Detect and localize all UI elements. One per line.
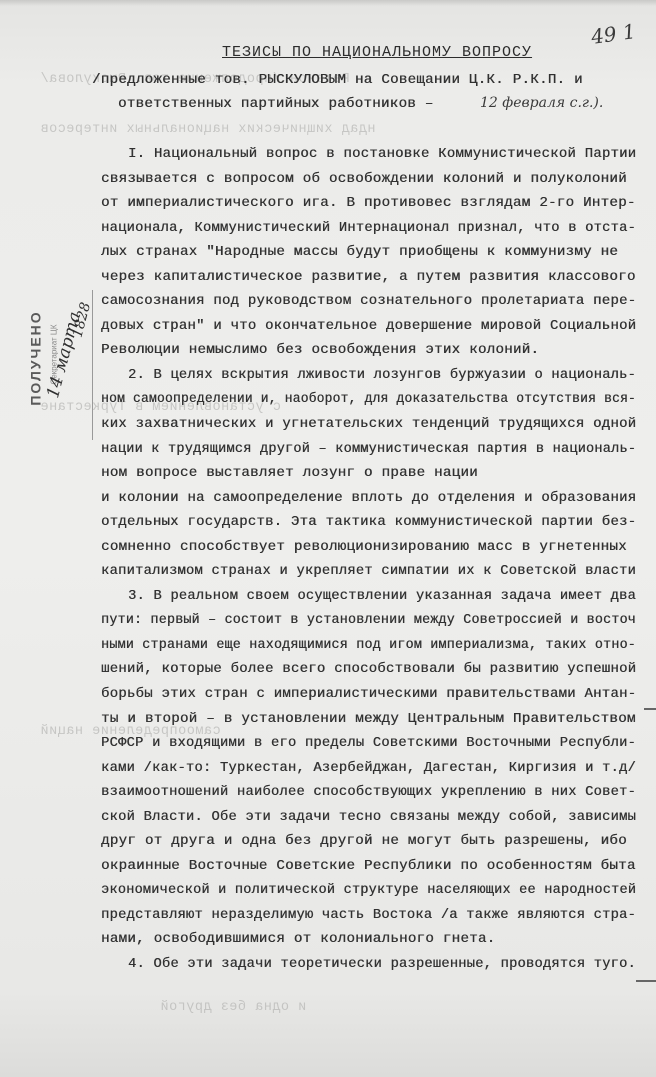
text-line: взаимоотношений наиболее способствующих … xyxy=(101,784,636,800)
text-line: нами, освободившимися от колониального г… xyxy=(101,931,495,947)
text-line: 4. Обе эти задачи теоретически разрешенн… xyxy=(128,956,636,972)
text-line: ких захватнических и угнетательских тенд… xyxy=(101,416,636,432)
text-line: 2. В целях вскрытия лживости лозунгов бу… xyxy=(128,367,636,383)
header-line: /предложенные тов. РЫСКУЛОВЫМ на Совещан… xyxy=(92,72,583,88)
handwritten-date: 12 февраля с.г.). xyxy=(480,95,603,111)
scanned-document-page: Ретанон /продолжение тов. Рыскулова/ нда… xyxy=(0,0,656,1077)
edge-mark xyxy=(644,708,656,710)
text-line: окраинные Восточные Советские Республики… xyxy=(101,858,636,874)
text-line: ской Власти. Обе эти задачи тесно связан… xyxy=(101,809,636,825)
text-line: довых стран" и что окончательное доверше… xyxy=(101,318,636,334)
text-line: борьбы этих стран с империалистическими … xyxy=(101,686,636,702)
text-line: ными странами еще находящимися под игом … xyxy=(101,637,636,653)
text-line: связывается с вопросом об освобождении к… xyxy=(101,171,627,187)
text-line: пути: первый – состоит в установлении ме… xyxy=(101,612,636,628)
stamp-label: ПОЛУЧЕНО xyxy=(28,310,44,405)
text-line: ками /как-то: Туркестан, Азербейджан, Да… xyxy=(101,760,636,776)
folio-number: 49 1 xyxy=(590,19,637,49)
text-line: друг от друга и одна без другой не могут… xyxy=(101,833,627,849)
text-line: нации к трудящимся другой – коммунистиче… xyxy=(101,441,636,457)
edge-mark xyxy=(636,980,656,982)
text-line: от империалистического ига. В противовес… xyxy=(101,195,636,211)
bleed-through-text: и одна без другой xyxy=(160,1000,306,1015)
text-line: экономической и политической структуре н… xyxy=(101,882,636,898)
text-line: сомненно способствует революционизирован… xyxy=(101,539,627,555)
text-line: представляют неразделимую часть Востока … xyxy=(101,907,636,923)
bleed-through-text: ндад хищнических национальных интересов xyxy=(40,122,375,137)
text-line: I. Национальный вопрос в постановке Комм… xyxy=(128,146,636,162)
text-line: лых странах "Народные массы будут приобщ… xyxy=(101,244,618,260)
header-line: ответственных партийных работников – xyxy=(118,96,434,112)
text-line: отдельных государств. Эта тактика коммун… xyxy=(101,514,636,530)
text-line: самосознания под руководством сознательн… xyxy=(101,293,636,309)
text-line: капитализмом странах и укрепляет симпати… xyxy=(101,563,636,579)
text-line: шений, которые более всего способствовал… xyxy=(101,661,636,677)
received-stamp: ПОЛУЧЕНО Секретариат ЦК 14 марта 1828 xyxy=(18,290,93,440)
text-line: через капиталистическое развитие, а путе… xyxy=(101,269,636,285)
text-line: национала, Коммунистический Интернациона… xyxy=(101,220,636,236)
text-line: РСФСР и входящими в его пределы Советски… xyxy=(101,735,636,751)
document-title: ТЕЗИСЫ ПО НАЦИОНАЛЬНОМУ ВОПРОСУ xyxy=(222,44,532,61)
text-line: ты и второй – в установлении между Центр… xyxy=(101,711,636,727)
text-line: Революции немыслимо без освобождения эти… xyxy=(101,342,539,358)
text-line: 3. В реальном своем осуществлении указан… xyxy=(128,588,636,604)
text-line: ном самоопределении и, наоборот, для док… xyxy=(101,391,636,407)
text-line: ном вопросе выставляет лозунг о праве на… xyxy=(101,465,478,481)
stamp-handwritten-number: 1828 xyxy=(69,301,94,340)
text-line: и колонии на самоопределение вплоть до о… xyxy=(101,490,636,506)
